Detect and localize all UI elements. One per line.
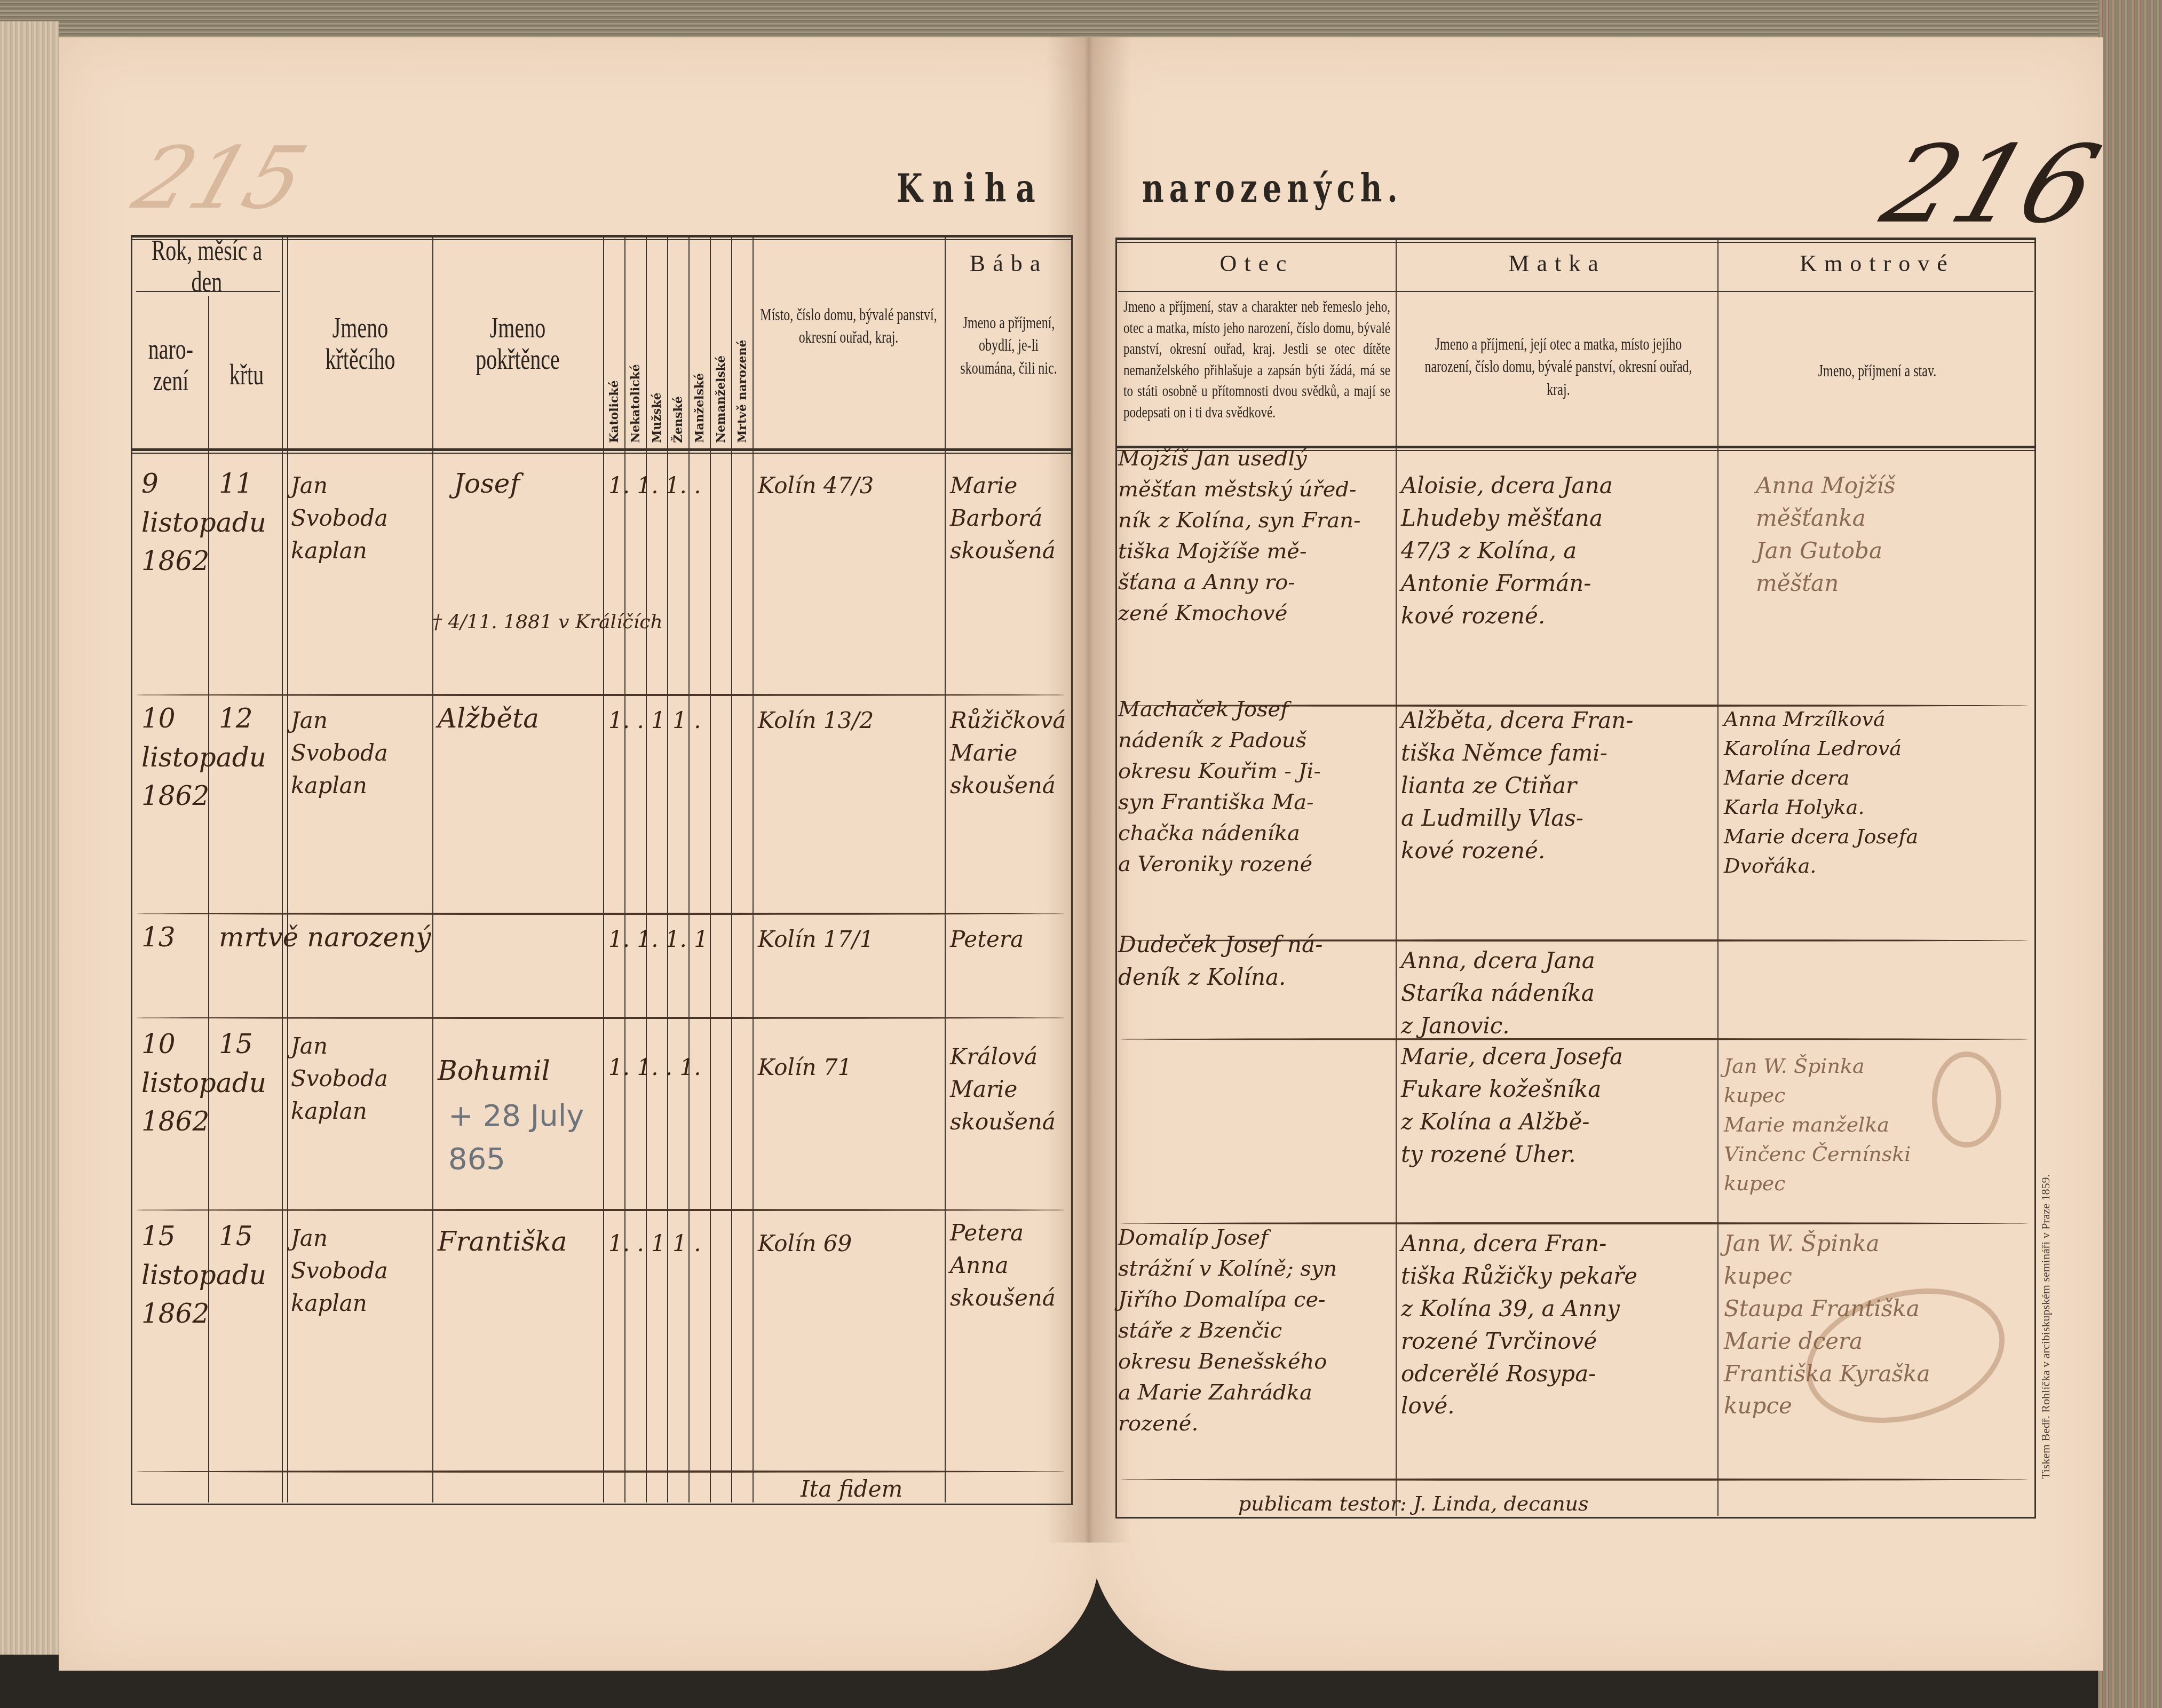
header-date-group: Rok, měsíc a den xyxy=(133,235,280,298)
col-divider xyxy=(624,238,625,1503)
col-divider xyxy=(753,238,754,1503)
header-mother: Jmeno a příjmení, její otec a matka, mís… xyxy=(1420,334,1697,401)
header-midwife: Jmeno a příjmení, obydlí, je-li skoumána… xyxy=(950,312,1067,379)
header-checkbox-0: Katolické xyxy=(607,315,621,443)
header-checkbox-2: Mužské xyxy=(650,315,664,443)
book-right-edge xyxy=(2098,0,2162,1708)
col-divider xyxy=(287,238,288,1503)
entry-5-mother: Anna, dcera Fran- tiška Růžičky pekaře z… xyxy=(1401,1228,1637,1422)
entry-3-baptism: mrtvě narozený xyxy=(219,918,431,957)
entry-3-father: Dudeček Josef ná- deník z Kolína. xyxy=(1118,929,1322,994)
header-checkbox-6: Mrtvě narozené xyxy=(735,315,749,443)
entry-2-baptism: 12 xyxy=(219,699,253,738)
entry-2-midwife: Růžičková Marie skoušená xyxy=(950,705,1066,802)
row-separator xyxy=(136,694,1065,696)
col-divider xyxy=(667,238,668,1503)
book-title-right: narozených. xyxy=(1142,165,1403,211)
entry-2-father: Machaček Josef nádeník z Padouš okresu K… xyxy=(1118,694,1321,880)
entry-1-mother: Aloisie, dcera Jana Lhudeby měšťana 47/3… xyxy=(1401,470,1613,632)
entry-3-birth: 13 xyxy=(141,918,176,957)
faint-page-mark: 215 xyxy=(123,128,318,228)
entry-4-note: + 28 July 865 xyxy=(448,1094,584,1181)
entry-1-midwife: Marie Barborá skoušená xyxy=(950,470,1056,567)
col-divider xyxy=(282,238,283,1503)
entry-4-baptism: 15 xyxy=(219,1025,253,1064)
col-divider xyxy=(1396,240,1397,1516)
entry-2-mother: Alžběta, dcera Fran- tiška Němce fami- l… xyxy=(1401,705,1633,867)
entry-2-child: Alžběta xyxy=(438,699,539,738)
col-divider xyxy=(731,238,732,1503)
entry-1-baptism: 11 xyxy=(219,464,253,503)
header-top-rule-right xyxy=(1115,238,2036,243)
entry-3-place: Kolín 17/1 xyxy=(758,923,874,956)
entry-4-mother: Marie, dcera Josefa Fukare kožešníka z K… xyxy=(1401,1041,1623,1171)
row-separator xyxy=(136,1017,1065,1019)
entry-2-baptizer: Jan Svoboda kaplan xyxy=(291,705,388,802)
header-midwife-title: Bába xyxy=(950,251,1067,276)
book-top-edge xyxy=(0,0,2162,37)
header-father-title: Otec xyxy=(1121,251,1393,276)
header-checkbox-1: Nekatolické xyxy=(629,315,643,443)
header-checkbox-3: Ženské xyxy=(671,315,685,443)
entry-5-father: Domalíp Josef strážní v Kolíně; syn Jiří… xyxy=(1118,1222,1337,1439)
header-bottom-rule xyxy=(131,448,1073,454)
header-godparents-title: Kmotrové xyxy=(1721,251,2033,276)
header-mid-rule-right xyxy=(1118,291,2033,292)
entry-4-child: Bohumil xyxy=(438,1051,550,1090)
book-left-edge xyxy=(0,21,59,1655)
entry-1-marks: 1. 1. 1. . xyxy=(608,470,701,502)
row-separator xyxy=(1121,1478,2028,1481)
entry-4-godparents: Jan W. Špinka kupec Marie manželka Vinče… xyxy=(1724,1051,1911,1198)
col-divider xyxy=(603,238,604,1503)
col-divider xyxy=(432,238,433,1503)
entry-1-note: † 4/11. 1881 v Králíčích xyxy=(432,608,663,636)
signature-publicam-testor: publicam testor: J. Linda, decanus xyxy=(1238,1489,1589,1519)
row-separator xyxy=(136,1209,1065,1211)
header-godparents: Jmeno, příjmení a stav. xyxy=(1721,360,2033,383)
entry-5-baptizer: Jan Svoboda kaplan xyxy=(291,1222,388,1320)
entry-3-mother: Anna, dcera Jana Staríka nádeníka z Jano… xyxy=(1401,945,1595,1042)
entry-4-midwife: Králová Marie skoušená xyxy=(950,1041,1056,1138)
entry-5-child: Františka xyxy=(438,1222,567,1261)
printer-imprint: Tiskem Bedř. Rohlíčka v arcibiskupském s… xyxy=(2039,1174,2053,1479)
ink-stain xyxy=(1932,1051,2001,1148)
header-birth: naro-zení xyxy=(133,334,208,397)
entry-5-place: Kolín 69 xyxy=(758,1228,852,1260)
row-separator xyxy=(136,913,1065,915)
book-title-left: Kniha xyxy=(897,165,1045,211)
header-mother-title: Matka xyxy=(1401,251,1713,276)
header-child: Jmeno pokřtěnce xyxy=(446,312,590,376)
entry-1-child: Josef xyxy=(454,464,520,503)
col-divider xyxy=(1717,240,1718,1516)
header-checkbox-5: Nemanželské xyxy=(714,315,728,443)
entry-5-midwife: Petera Anna skoušená xyxy=(950,1217,1056,1315)
header-checkbox-4: Manželské xyxy=(693,315,707,443)
entry-3-midwife: Petera xyxy=(950,923,1024,956)
entry-2-place: Kolín 13/2 xyxy=(758,705,874,737)
header-father: Jmeno a příjmení, stav a charakter neb ř… xyxy=(1123,296,1390,424)
entry-1-baptizer: Jan Svoboda kaplan xyxy=(291,470,388,567)
entry-5-baptism: 15 xyxy=(219,1217,253,1256)
entry-4-marks: 1. 1. . 1. xyxy=(608,1051,701,1084)
entry-1-father: Mojžíš Jan usedlý měšťan městský úřed- n… xyxy=(1118,443,1360,629)
entry-1-godparents: Anna Mojžíš měšťanka Jan Gutoba měšťan xyxy=(1756,470,1895,600)
col-divider xyxy=(688,238,690,1503)
signature-ita-fidem: Ita fidem xyxy=(801,1473,902,1506)
entry-2-godparents: Anna Mrzílková Karolína Ledrová Marie dc… xyxy=(1724,705,1918,881)
entry-2-marks: 1. . 1 1 . xyxy=(608,705,701,737)
left-register-table xyxy=(131,235,1073,1505)
entry-4-baptizer: Jan Svoboda kaplan xyxy=(291,1030,388,1128)
entry-3-marks: 1. 1. 1. 1 xyxy=(608,923,708,956)
col-divider xyxy=(945,238,946,1503)
entry-4-place: Kolín 71 xyxy=(758,1051,852,1084)
header-baptism: křtu xyxy=(209,359,284,390)
header-place: Místo, číslo domu, bývalé panství, okres… xyxy=(758,304,939,349)
col-divider xyxy=(646,238,647,1503)
col-divider xyxy=(710,238,711,1503)
header-baptizer: Jmeno křtěcího xyxy=(299,312,422,376)
entry-5-marks: 1. . 1 1 . xyxy=(608,1228,701,1260)
row-separator xyxy=(136,1470,1065,1473)
page-number: 216 xyxy=(1869,123,2113,247)
entry-1-place: Kolín 47/3 xyxy=(758,470,874,502)
